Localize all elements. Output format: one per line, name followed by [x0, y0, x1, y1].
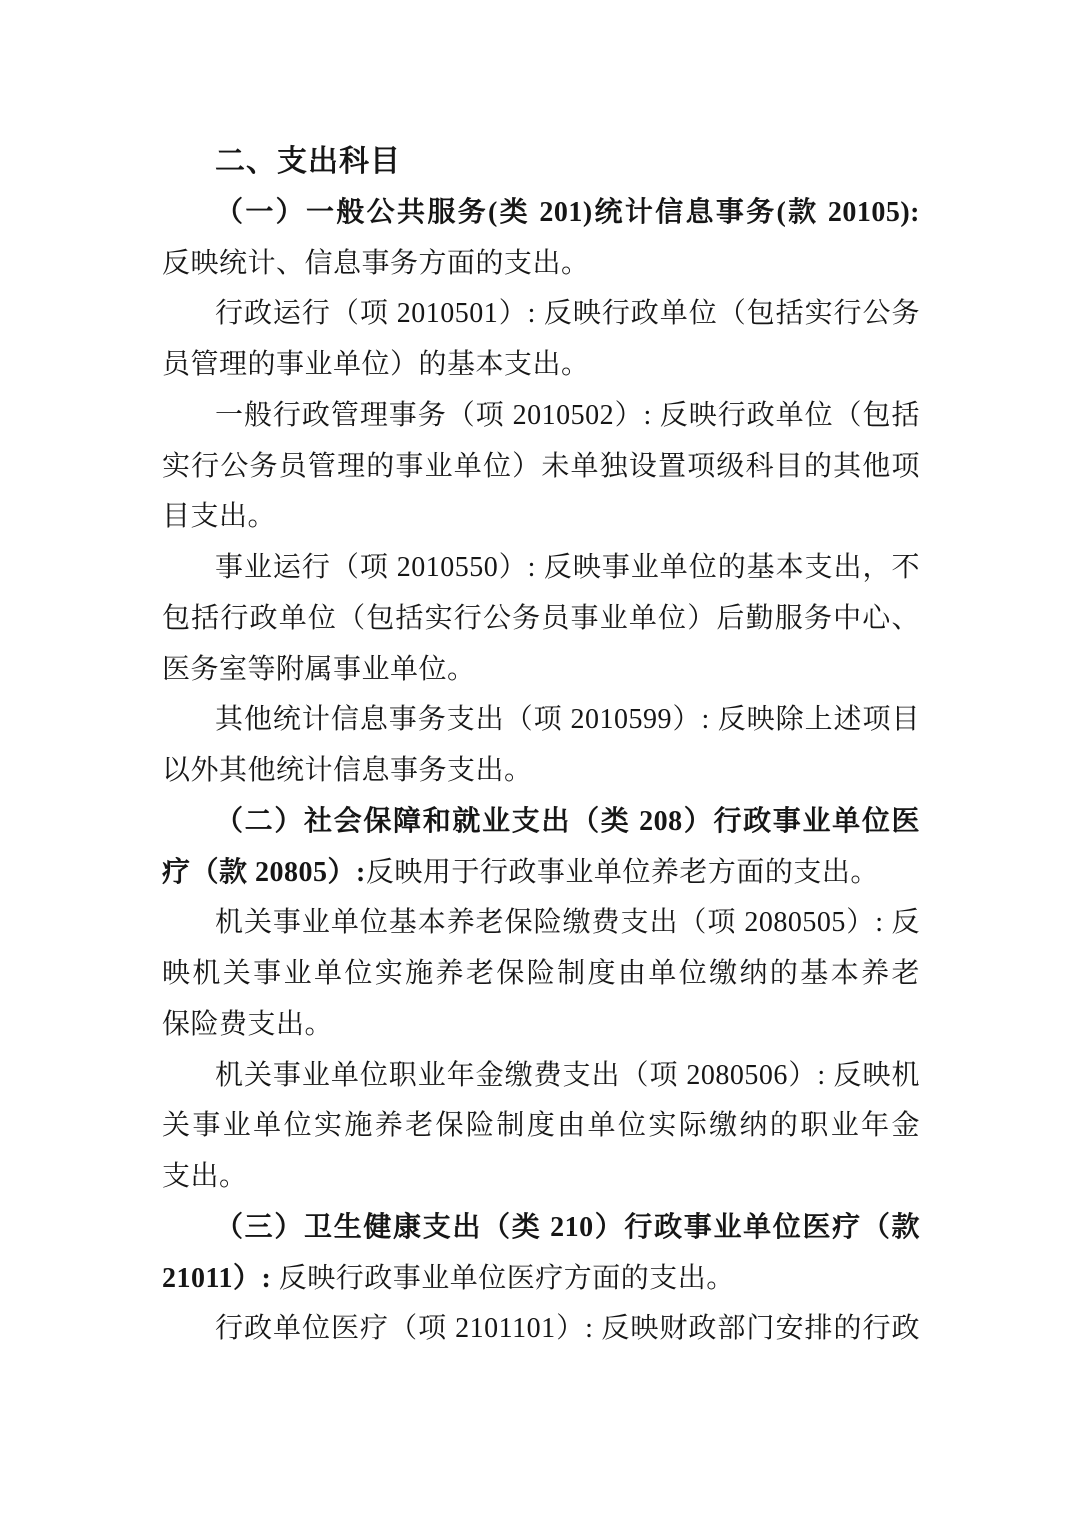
text-segment: 一般行政管理事务（项 2010502）: 反映行政单位（包括 — [215, 400, 920, 431]
body-line: 映机关事业单位实施养老保险制度由单位缴纳的基本养老 — [162, 949, 920, 1000]
body-line: 行政运行（项 2010501）: 反映行政单位（包括实行公务 — [162, 289, 920, 340]
text-segment: 医务室等附属事业单位。 — [162, 654, 476, 685]
text-segment: 员管理的事业单位）的基本支出。 — [162, 349, 590, 380]
text-segment: 反映用于行政事业单位养老方面的支出。 — [366, 857, 879, 888]
emphasized-text-segment: 疗（款 20805）: — [162, 857, 366, 888]
text-segment: 以外其他统计信息事务支出。 — [162, 755, 533, 786]
body-line: 目支出。 — [162, 492, 920, 543]
text-segment: 关事业单位实施养老保险制度由单位实际缴纳的职业年金 — [162, 1110, 920, 1141]
body-line: 机关事业单位职业年金缴费支出（项 2080506）: 反映机 — [162, 1051, 920, 1102]
text-segment: 机关事业单位职业年金缴费支出（项 2080506）: 反映机 — [215, 1060, 920, 1091]
body-line: 保险费支出。 — [162, 1000, 920, 1051]
body-line: 机关事业单位基本养老保险缴费支出（项 2080505）: 反 — [162, 898, 920, 949]
text-segment: 支出。 — [162, 1161, 248, 1192]
text-segment: 事业运行（项 2010550）: 反映事业单位的基本支出，不 — [215, 552, 920, 583]
body-line: 关事业单位实施养老保险制度由单位实际缴纳的职业年金 — [162, 1101, 920, 1152]
text-segment: 行政单位医疗（项 2101101）: 反映财政部门安排的行政 — [215, 1313, 920, 1344]
body-line: 行政单位医疗（项 2101101）: 反映财政部门安排的行政 — [162, 1304, 920, 1355]
body-line: 21011）: 反映行政事业单位医疗方面的支出。 — [162, 1254, 920, 1305]
emphasized-text-segment: （三）卫生健康支出（类 210）行政事业单位医疗（款 — [215, 1212, 920, 1243]
body-line: 以外其他统计信息事务支出。 — [162, 746, 920, 797]
body-line: 疗（款 20805）:反映用于行政事业单位养老方面的支出。 — [162, 848, 920, 899]
section-heading: 二、支出科目 — [162, 137, 920, 188]
emphasized-text-segment: 二、支出科目 — [215, 145, 401, 178]
body-line: 包括行政单位（包括实行公务员事业单位）后勤服务中心、 — [162, 594, 920, 645]
body-line: 支出。 — [162, 1152, 920, 1203]
body-line: 一般行政管理事务（项 2010502）: 反映行政单位（包括 — [162, 391, 920, 442]
text-segment: 实行公务员管理的事业单位）未单独设置项级科目的其他项 — [162, 451, 920, 482]
text-segment: 目支出。 — [162, 501, 276, 532]
body-line: 事业运行（项 2010550）: 反映事业单位的基本支出，不 — [162, 543, 920, 594]
text-segment: 映机关事业单位实施养老保险制度由单位缴纳的基本养老 — [162, 958, 920, 989]
body-line: 实行公务员管理的事业单位）未单独设置项级科目的其他项 — [162, 442, 920, 493]
emphasized-text-segment: 21011）: — [162, 1263, 279, 1294]
emphasized-text-segment: （二）社会保障和就业支出（类 208）行政事业单位医 — [215, 806, 920, 837]
subsection-heading: （二）社会保障和就业支出（类 208）行政事业单位医 — [162, 797, 920, 848]
body-line: 员管理的事业单位）的基本支出。 — [162, 340, 920, 391]
body-line: 医务室等附属事业单位。 — [162, 645, 920, 696]
body-line: 反映统计、信息事务方面的支出。 — [162, 239, 920, 290]
text-segment: 反映统计、信息事务方面的支出。 — [162, 248, 590, 279]
document-page: 二、支出科目（一）一般公共服务(类 201)统计信息事务(款 20105):反映… — [0, 0, 1074, 1520]
text-block: 二、支出科目（一）一般公共服务(类 201)统计信息事务(款 20105):反映… — [162, 137, 920, 1355]
emphasized-text-segment: （一）一般公共服务(类 201)统计信息事务(款 20105): — [215, 197, 920, 228]
subsection-heading: （三）卫生健康支出（类 210）行政事业单位医疗（款 — [162, 1203, 920, 1254]
text-segment: 包括行政单位（包括实行公务员事业单位）后勤服务中心、 — [162, 603, 920, 634]
text-segment: 其他统计信息事务支出（项 2010599）: 反映除上述项目 — [215, 704, 920, 735]
text-segment: 保险费支出。 — [162, 1009, 333, 1040]
subsection-heading: （一）一般公共服务(类 201)统计信息事务(款 20105): — [162, 188, 920, 239]
text-segment: 行政运行（项 2010501）: 反映行政单位（包括实行公务 — [215, 298, 920, 329]
body-line: 其他统计信息事务支出（项 2010599）: 反映除上述项目 — [162, 695, 920, 746]
text-segment: 机关事业单位基本养老保险缴费支出（项 2080505）: 反 — [215, 907, 920, 938]
text-segment: 反映行政事业单位医疗方面的支出。 — [279, 1263, 735, 1294]
